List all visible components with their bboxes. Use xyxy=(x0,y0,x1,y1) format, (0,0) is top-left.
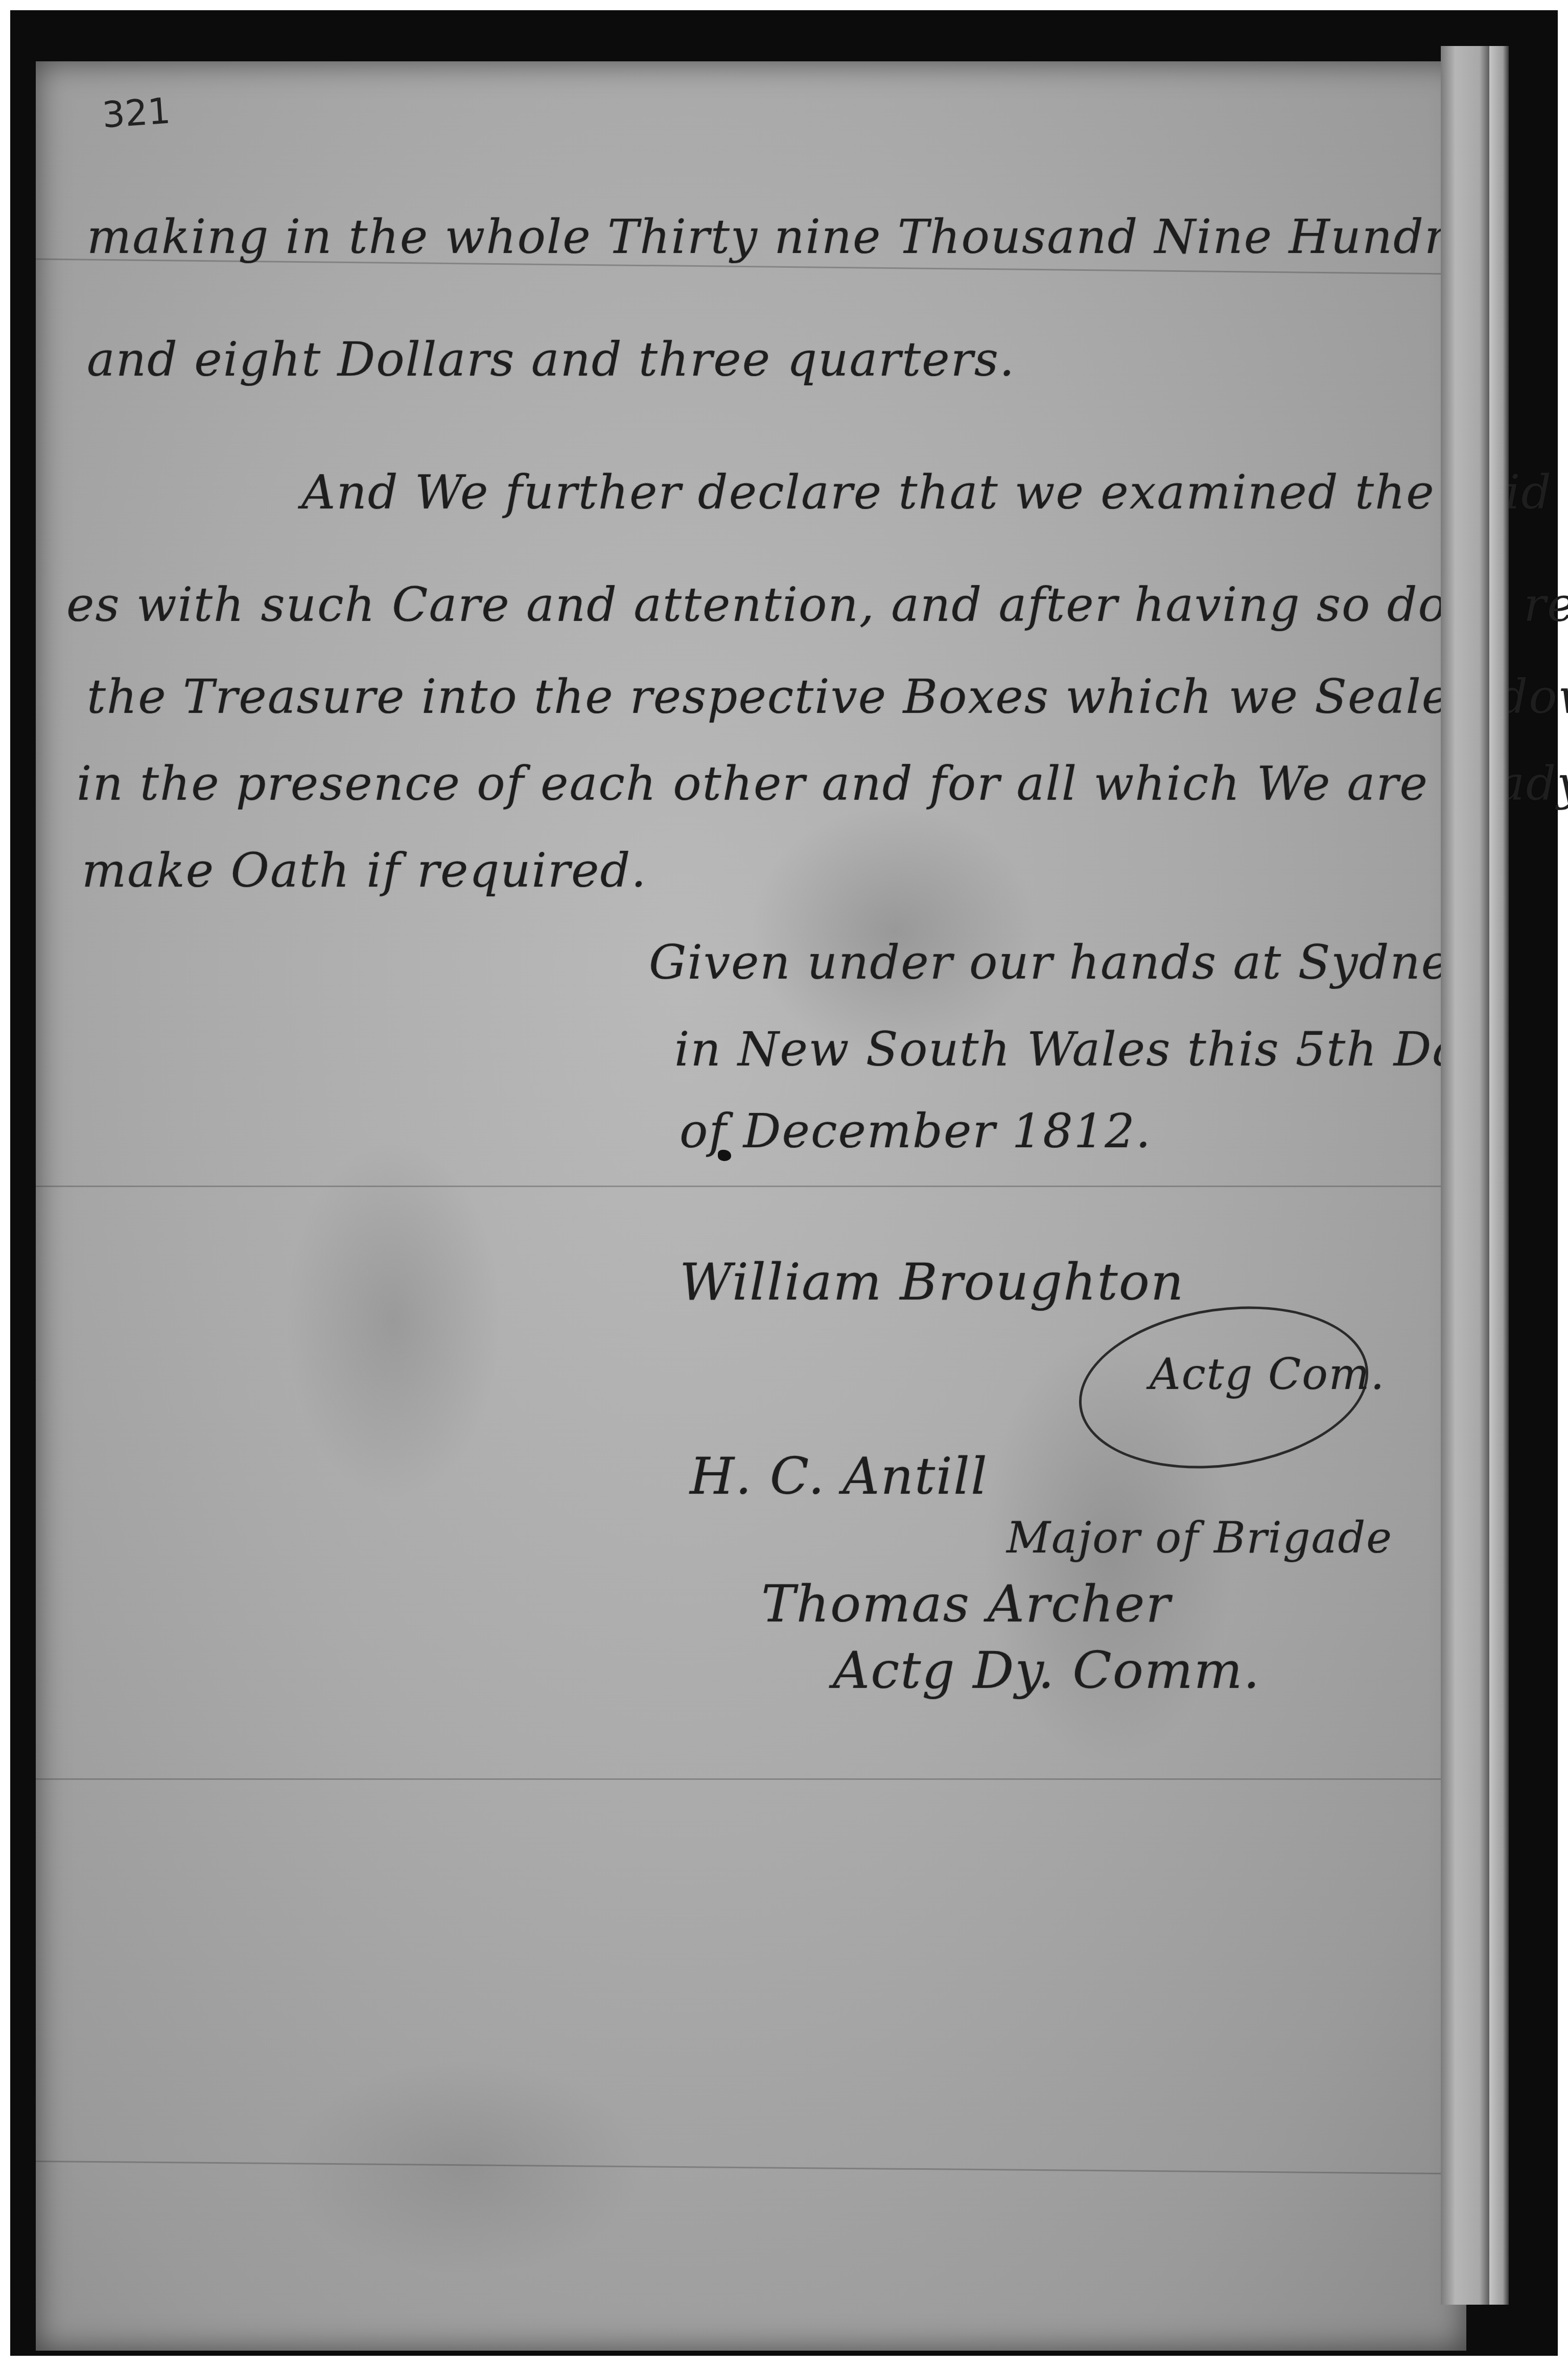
signature-archer-title: Actg Dy. Comm. xyxy=(833,1640,1260,1700)
body-line-4: es with such Care and attention, and aft… xyxy=(66,577,1568,632)
body-line-1: making in the whole Thirty nine Thousand… xyxy=(87,210,1508,264)
ruled-line xyxy=(36,1186,1446,1187)
attestation-line-1: Given under our hands at Sydney xyxy=(649,935,1478,990)
attestation-line-2: in New South Wales this 5th Day xyxy=(674,1022,1489,1077)
body-line-2: and eight Dollars and three quarters. xyxy=(87,332,1015,387)
attestation-line-3: of December 1812. xyxy=(680,1104,1152,1158)
signature-archer: Thomas Archer xyxy=(761,1574,1171,1634)
signature-broughton-title: Actg Com. xyxy=(1150,1349,1385,1399)
body-line-3: And We further declare that we examined … xyxy=(301,465,1552,520)
book-spine-edge xyxy=(1441,46,1489,2305)
body-line-7: make Oath if required. xyxy=(82,843,647,898)
folio-number: 321 xyxy=(101,89,172,136)
signature-antill-title: Major of Brigade xyxy=(1007,1513,1393,1563)
ruled-line xyxy=(36,1778,1446,1780)
manuscript-page: 321 making in the whole Thirty nine Thou… xyxy=(36,61,1466,2351)
body-line-5: the Treasure into the respective Boxes w… xyxy=(87,669,1568,724)
ink-blot xyxy=(718,1150,731,1161)
signature-broughton: William Broughton xyxy=(680,1252,1184,1312)
ruled-line xyxy=(36,2161,1446,2174)
signature-antill: H. C. Antill xyxy=(690,1446,988,1506)
book-spine-edge xyxy=(1489,46,1509,2305)
body-line-6: in the presence of each other and for al… xyxy=(77,756,1568,811)
scan-frame: 321 making in the whole Thirty nine Thou… xyxy=(10,10,1558,2356)
